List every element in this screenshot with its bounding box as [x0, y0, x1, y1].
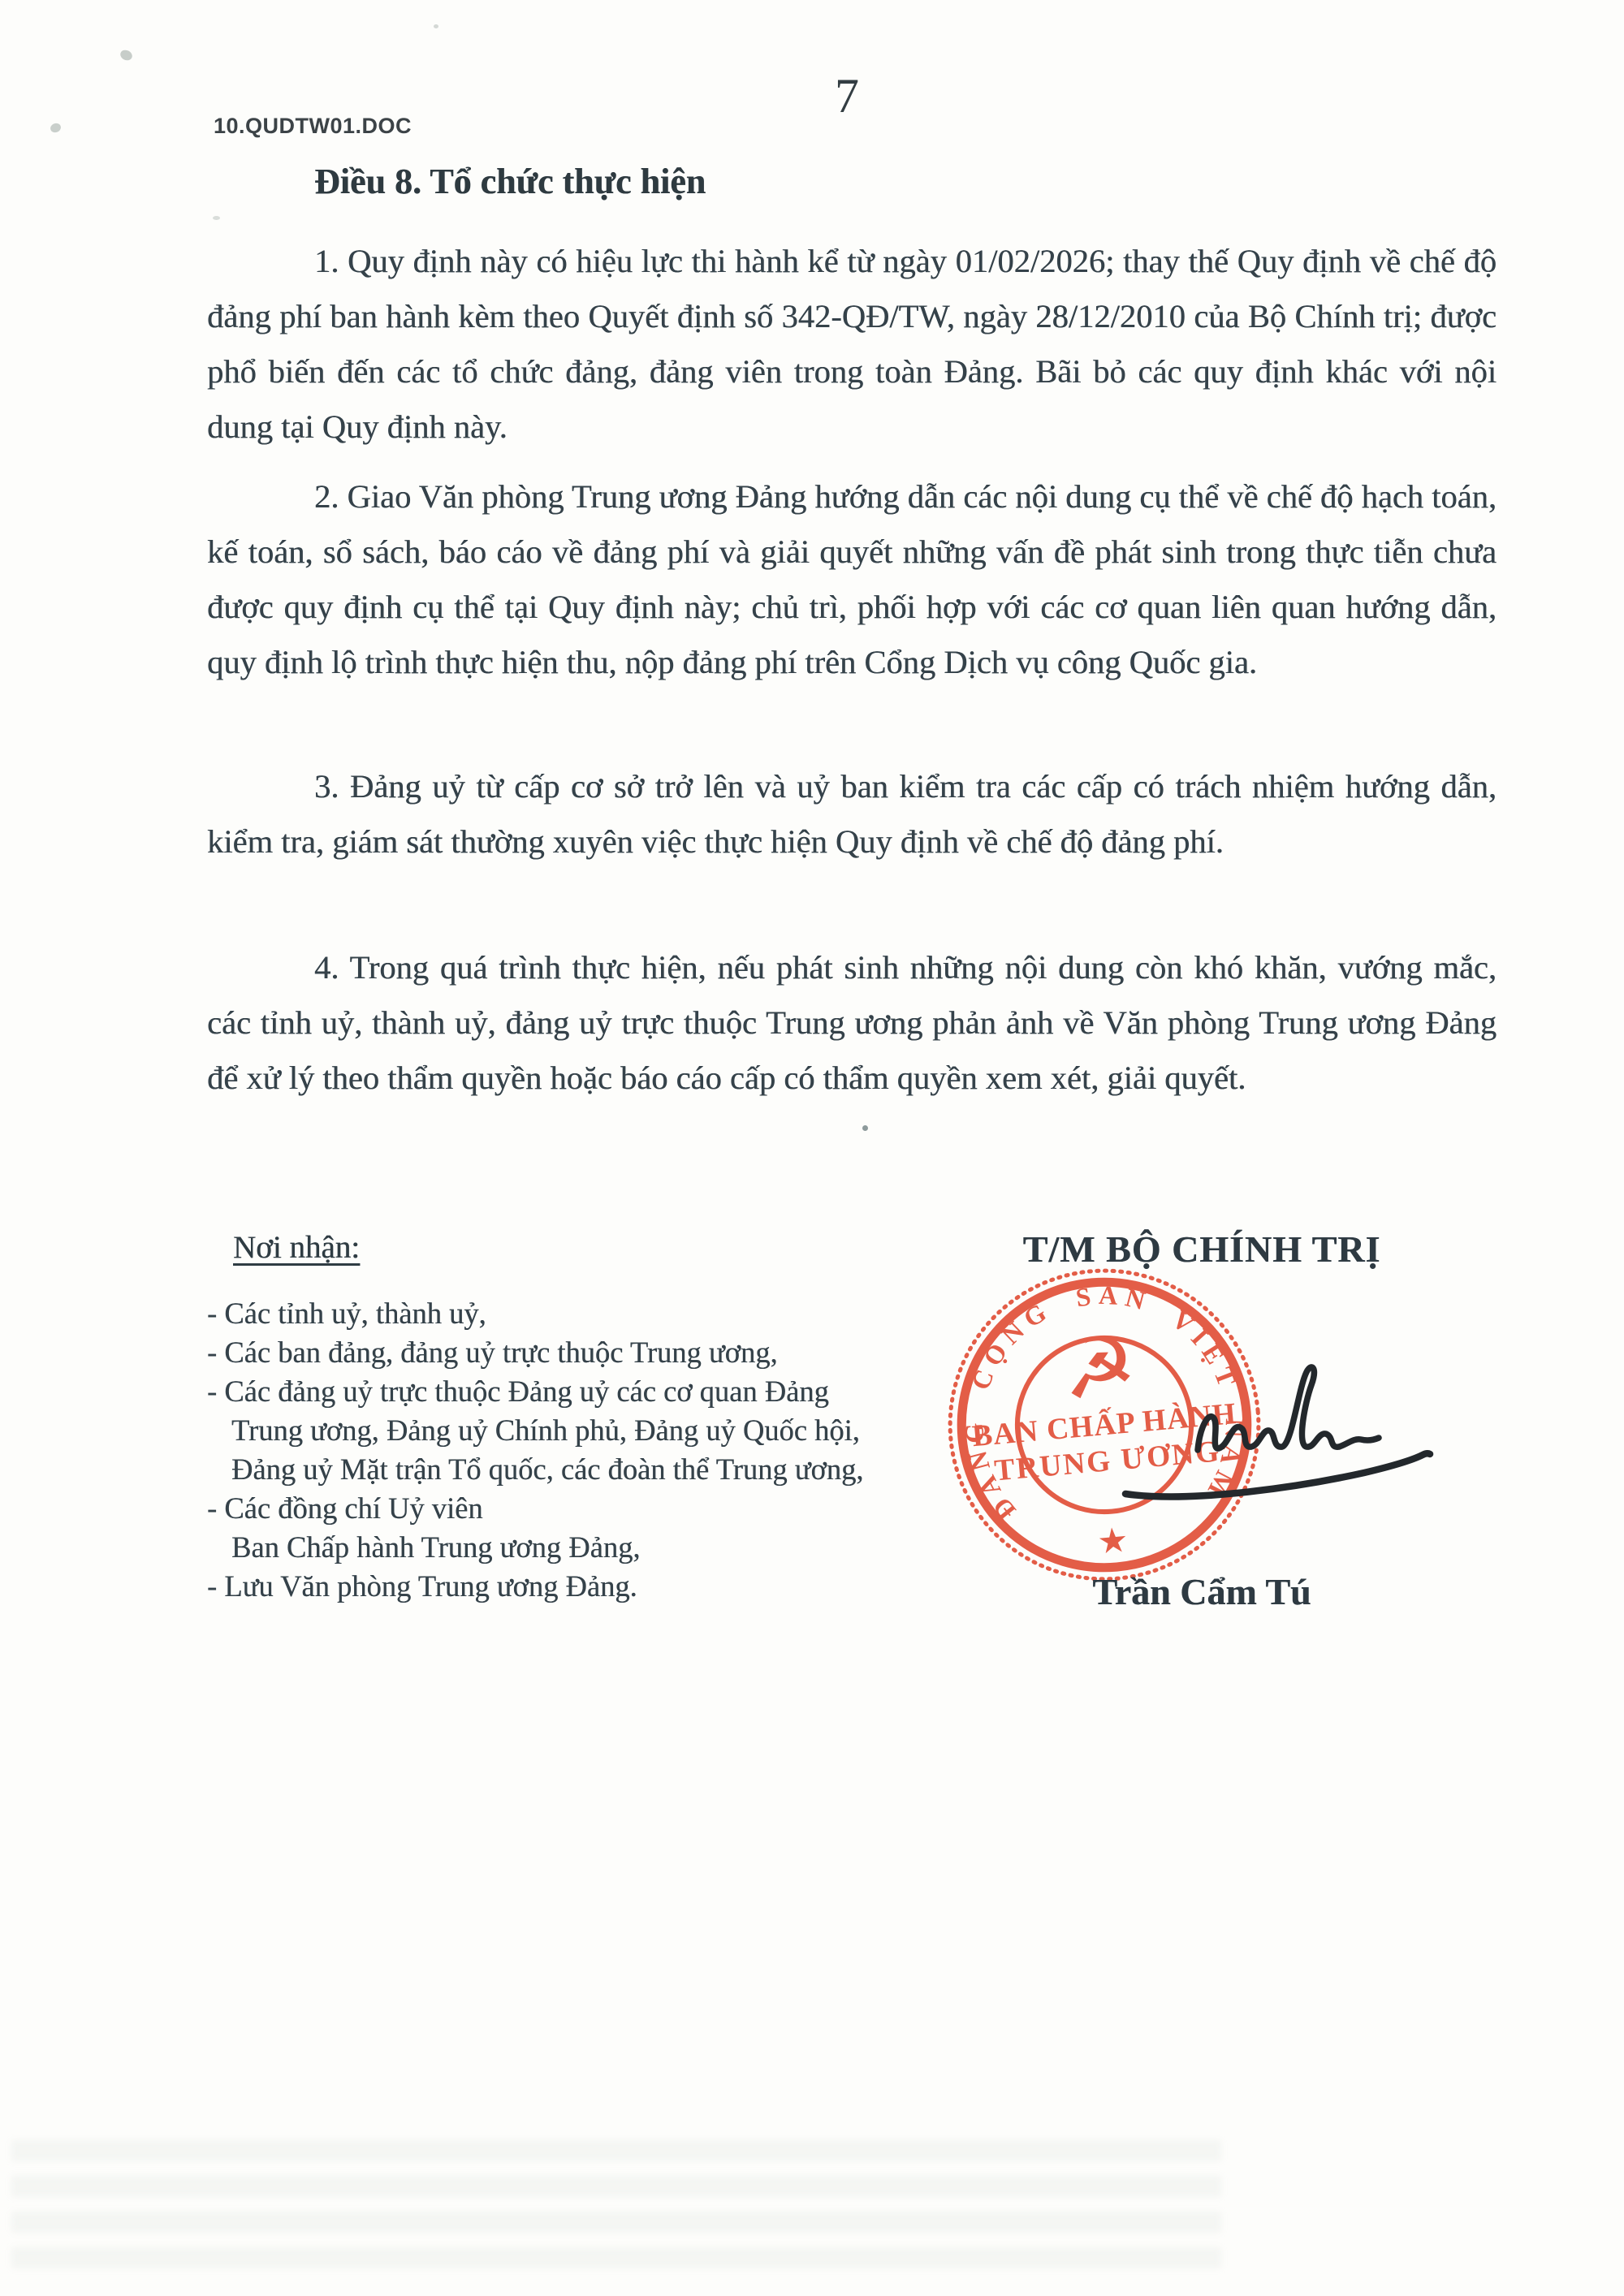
signature-underline	[1125, 1453, 1430, 1496]
paragraph-4: 4. Trong quá trình thực hiện, nếu phát s…	[207, 940, 1497, 1106]
document-file-label: 10.QUDTW01.DOC	[214, 114, 412, 139]
scan-speck	[862, 1125, 868, 1131]
recipients-title: Nơi nhận:	[233, 1229, 360, 1266]
signer-name: Trần Cẩm Tú	[1007, 1570, 1397, 1613]
recipient-line: - Lưu Văn phòng Trung ương Đảng.	[207, 1567, 863, 1606]
page-number: 7	[835, 68, 859, 124]
recipients-list: - Các tỉnh uỷ, thành uỷ, - Các ban đảng,…	[207, 1294, 863, 1606]
recipient-line: - Các đảng uỷ trực thuộc Đảng uỷ các cơ …	[207, 1372, 863, 1411]
star-icon: ★	[1095, 1521, 1129, 1563]
article-heading: Điều 8. Tổ chức thực hiện	[314, 161, 706, 202]
paragraph-3: 3. Đảng uỷ từ cấp cơ sở trở lên và uỷ ba…	[207, 759, 1497, 870]
scan-speck	[119, 48, 134, 62]
handwritten-signature	[1096, 1322, 1437, 1510]
scan-bleed-through	[11, 2140, 1221, 2270]
scan-speck	[50, 122, 63, 134]
recipient-line: Ban Chấp hành Trung ương Đảng,	[207, 1528, 863, 1567]
paragraph-1: 1. Quy định này có hiệu lực thi hành kể …	[207, 234, 1497, 455]
signature-scribble	[1198, 1367, 1379, 1450]
scan-speck	[213, 216, 220, 220]
recipient-line: Đảng uỷ Mặt trận Tổ quốc, các đoàn thể T…	[207, 1450, 863, 1489]
scanned-document-page: 10.QUDTW01.DOC 7 Điều 8. Tổ chức thực hi…	[0, 0, 1624, 2296]
recipient-line: - Các ban đảng, đảng uỷ trực thuộc Trung…	[207, 1333, 863, 1372]
recipient-line: - Các tỉnh uỷ, thành uỷ,	[207, 1294, 863, 1333]
recipient-line: - Các đồng chí Uỷ viên	[207, 1489, 863, 1528]
scan-speck	[434, 24, 438, 28]
recipient-line: Trung ương, Đảng uỷ Chính phủ, Đảng uỷ Q…	[207, 1411, 863, 1450]
paragraph-2: 2. Giao Văn phòng Trung ương Đảng hướng …	[207, 469, 1497, 690]
